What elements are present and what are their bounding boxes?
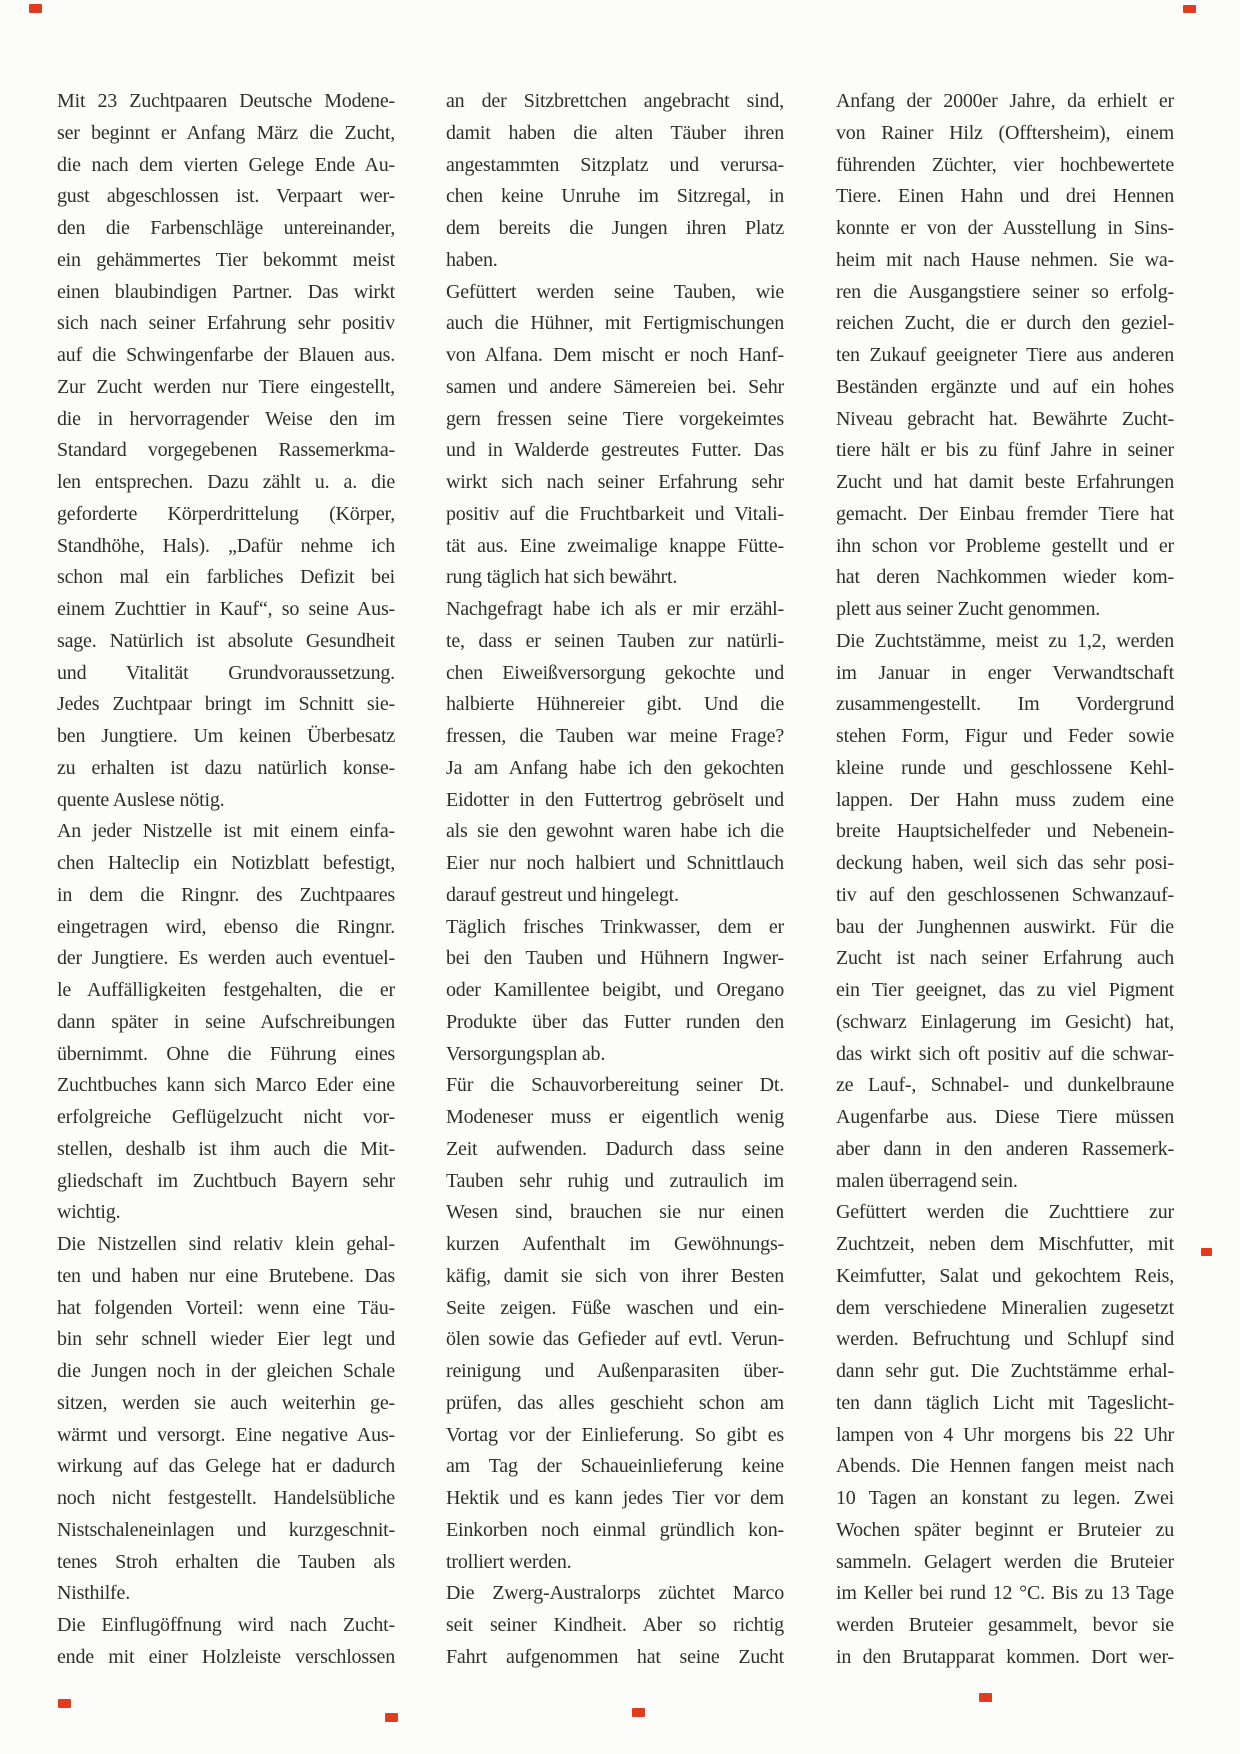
text-line: als sie den gewohnt waren habe ich die — [446, 816, 784, 848]
text-line: positiv auf die Fruchtbarkeit und Vitali… — [446, 499, 784, 531]
text-line: kleine runde und geschlossene Kehl- — [836, 753, 1174, 785]
text-line: breite Hauptsichelfeder und Nebenein- — [836, 816, 1174, 848]
text-line: ten dann täglich Licht mit Tageslicht- — [836, 1388, 1174, 1420]
text-line: das wirkt sich oft positiv auf die schwa… — [836, 1039, 1174, 1071]
text-line: gemacht. Der Einbau fremder Tiere hat — [836, 499, 1174, 531]
text-line: Gefüttert werden die Zuchttiere zur — [836, 1197, 1174, 1229]
text-line: an der Sitzbrettchen angebracht sind, — [446, 86, 784, 118]
text-line: Nachgefragt habe ich als er mir erzähl- — [446, 594, 784, 626]
text-line: Einkorben noch einmal gründlich kon- — [446, 1515, 784, 1547]
text-line: Jedes Zuchtpaar bringt im Schnitt sie- — [57, 689, 395, 721]
scan-mark — [29, 4, 42, 13]
text-line: ren die Ausgangstiere seiner so erfolg- — [836, 277, 1174, 309]
text-line: Produkte über das Futter runden den — [446, 1007, 784, 1039]
text-line: ze Lauf-, Schnabel- und dunkelbraune — [836, 1070, 1174, 1102]
text-line: bei den Tauben und Hühnern Ingwer- — [446, 943, 784, 975]
text-line: Tiere. Einen Hahn und drei Hennen — [836, 181, 1174, 213]
text-line: gust abgeschlossen ist. Verpaart wer- — [57, 181, 395, 213]
text-line: Täglich frisches Trinkwasser, dem er — [446, 912, 784, 944]
text-line: Zeit aufwenden. Dadurch dass seine — [446, 1134, 784, 1166]
text-line: Die Zwerg-Australorps züchtet Marco — [446, 1578, 784, 1610]
text-line: stellen, deshalb ist ihm auch die Mit- — [57, 1134, 395, 1166]
text-line: wirkt sich nach seiner Erfahrung sehr — [446, 467, 784, 499]
text-line: und in Walderde gestreutes Futter. Das — [446, 435, 784, 467]
text-line: trolliert werden. — [446, 1547, 784, 1579]
text-line: fressen, die Tauben war meine Frage? — [446, 721, 784, 753]
text-line: und Vitalität Grundvoraussetzung. — [57, 658, 395, 690]
text-line: bau der Junghennen auswirkt. Für die — [836, 912, 1174, 944]
article-column-2: an der Sitzbrettchen angebracht sind,dam… — [446, 86, 784, 1674]
text-line: malen überragend sein. — [836, 1166, 1174, 1198]
text-line: Die Zuchtstämme, meist zu 1,2, werden — [836, 626, 1174, 658]
text-line: tenes Stroh erhalten die Tauben als — [57, 1547, 395, 1579]
text-line: 10 Tagen an konstant zu legen. Zwei — [836, 1483, 1174, 1515]
text-line: Eier nur noch halbiert und Schnittlauch — [446, 848, 784, 880]
text-line: Augenfarbe aus. Diese Tiere müssen — [836, 1102, 1174, 1134]
text-line: ein Tier geeignet, das zu viel Pigment — [836, 975, 1174, 1007]
text-line: stehen Form, Figur und Feder sowie — [836, 721, 1174, 753]
text-line: die nach dem vierten Gelege Ende Au- — [57, 150, 395, 182]
text-line: Fahrt aufgenommen hat seine Zucht — [446, 1642, 784, 1674]
scan-mark — [385, 1713, 398, 1722]
text-line: Gefüttert werden seine Tauben, wie — [446, 277, 784, 309]
text-line: aber dann in den anderen Rassemerk- — [836, 1134, 1174, 1166]
text-line: den die Farbenschläge untereinander, — [57, 213, 395, 245]
text-line: Wesen sind, brauchen sie nur einen — [446, 1197, 784, 1229]
scan-mark — [1201, 1248, 1212, 1256]
text-line: sage. Natürlich ist absolute Gesundheit — [57, 626, 395, 658]
text-line: Modeneser muss er eigentlich wenig — [446, 1102, 784, 1134]
text-line: tiere hält er bis zu fünf Jahre in seine… — [836, 435, 1174, 467]
scan-mark — [979, 1693, 992, 1702]
scan-mark — [58, 1699, 71, 1708]
text-line: dem verschiedene Mineralien zugesetzt — [836, 1293, 1174, 1325]
text-line: Wochen später beginnt er Bruteier zu — [836, 1515, 1174, 1547]
text-line: ende mit einer Holzleiste verschlossen — [57, 1642, 395, 1674]
text-line: Standard vorgegebenen Rassemerkma- — [57, 435, 395, 467]
text-line: käfig, damit sie sich von ihrer Besten — [446, 1261, 784, 1293]
text-line: te, dass er seinen Tauben zur natürli- — [446, 626, 784, 658]
text-line: Nistschaleneinlagen und kurzgeschnit- — [57, 1515, 395, 1547]
text-line: Für die Schauvorbereitung seiner Dt. — [446, 1070, 784, 1102]
text-line: von Rainer Hilz (Offtersheim), einem — [836, 118, 1174, 150]
text-line: reichen Zucht, die er durch den geziel- — [836, 308, 1174, 340]
text-line: einem Zuchttier in Kauf“, so seine Aus- — [57, 594, 395, 626]
text-line: angestammten Sitzplatz und verursa- — [446, 150, 784, 182]
text-line: oder Kamillentee beigibt, und Oregano — [446, 975, 784, 1007]
text-line: hat folgenden Vorteil: wenn eine Täu- — [57, 1293, 395, 1325]
text-line: chen keine Unruhe im Sitzregal, in — [446, 181, 784, 213]
text-line: im Januar in enger Verwandtschaft — [836, 658, 1174, 690]
text-line: reinigung und Außenparasiten über- — [446, 1356, 784, 1388]
text-line: Ja am Anfang habe ich den gekochten — [446, 753, 784, 785]
text-line: in den Brutapparat kommen. Dort wer- — [836, 1642, 1174, 1674]
text-line: ten und haben nur eine Brutebene. Das — [57, 1261, 395, 1293]
magazine-page: Mit 23 Zuchtpaaren Deutsche Modene-ser b… — [0, 0, 1240, 1754]
text-line: zusammengestellt. Im Vordergrund — [836, 689, 1174, 721]
text-line: wichtig. — [57, 1197, 395, 1229]
text-line: haben. — [446, 245, 784, 277]
text-line: Die Einflugöffnung wird nach Zucht- — [57, 1610, 395, 1642]
text-line: ein gehämmertes Tier bekommt meist — [57, 245, 395, 277]
text-line: kurzen Aufenthalt im Gewöhnungs- — [446, 1229, 784, 1261]
article-column-1: Mit 23 Zuchtpaaren Deutsche Modene-ser b… — [57, 86, 395, 1674]
text-line: am Tag der Schaueinlieferung keine — [446, 1451, 784, 1483]
text-line: schon mal ein farbliches Defizit bei — [57, 562, 395, 594]
text-line: lappen. Der Hahn muss zudem eine — [836, 785, 1174, 817]
text-line: lampen von 4 Uhr morgens bis 22 Uhr — [836, 1420, 1174, 1452]
text-line: wärmt und versorgt. Eine negative Aus- — [57, 1420, 395, 1452]
text-line: im Keller bei rund 12 °C. Bis zu 13 Tage — [836, 1578, 1174, 1610]
text-line: Anfang der 2000er Jahre, da erhielt er — [836, 86, 1174, 118]
text-line: werden. Befruchtung und Schlupf sind — [836, 1324, 1174, 1356]
text-line: tiv auf den geschlossenen Schwanzauf- — [836, 880, 1174, 912]
text-line: halbierte Hühnereier gibt. Und die — [446, 689, 784, 721]
text-line: (schwarz Einlagerung im Gesicht) hat, — [836, 1007, 1174, 1039]
text-line: ser beginnt er Anfang März die Zucht, — [57, 118, 395, 150]
text-line: Eidotter in den Futtertrog gebröselt und — [446, 785, 784, 817]
text-line: noch nicht festgestellt. Handelsübliche — [57, 1483, 395, 1515]
text-line: chen Halteclip ein Notizblatt befestigt, — [57, 848, 395, 880]
text-line: damit haben die alten Täuber ihren — [446, 118, 784, 150]
text-line: ten Zukauf geeigneter Tiere aus anderen — [836, 340, 1174, 372]
text-line: Abends. Die Hennen fangen meist nach — [836, 1451, 1174, 1483]
text-line: len entsprechen. Dazu zählt u. a. die — [57, 467, 395, 499]
text-line: sammeln. Gelagert werden die Bruteier — [836, 1547, 1174, 1579]
text-line: Tauben sehr ruhig und zutraulich im — [446, 1166, 784, 1198]
text-line: dem bereits die Jungen ihren Platz — [446, 213, 784, 245]
text-line: Nisthilfe. — [57, 1578, 395, 1610]
text-line: quente Auslese nötig. — [57, 785, 395, 817]
text-line: le Auffälligkeiten festgehalten, die er — [57, 975, 395, 1007]
scan-mark — [632, 1708, 645, 1717]
text-line: auch die Hühner, mit Fertigmischungen — [446, 308, 784, 340]
text-line: An jeder Nistzelle ist mit einem einfa- — [57, 816, 395, 848]
text-line: gliedschaft im Zuchtbuch Bayern sehr — [57, 1166, 395, 1198]
text-line: heim mit nach Hause nehmen. Sie wa- — [836, 245, 1174, 277]
text-line: auf die Schwingenfarbe der Blauen aus. — [57, 340, 395, 372]
text-line: in dem die Ringnr. des Zuchtpaares — [57, 880, 395, 912]
text-line: ihn schon vor Probleme gestellt und er — [836, 531, 1174, 563]
text-line: Zur Zucht werden nur Tiere eingestellt, — [57, 372, 395, 404]
text-line: dann später in seine Aufschreibungen — [57, 1007, 395, 1039]
text-line: bin sehr schnell wieder Eier legt und — [57, 1324, 395, 1356]
text-line: Beständen ergänzte und auf ein hohes — [836, 372, 1174, 404]
text-line: rung täglich hat sich bewährt. — [446, 562, 784, 594]
text-line: chen Eiweißversorgung gekochte und — [446, 658, 784, 690]
text-line: führenden Züchter, vier hochbewertete — [836, 150, 1174, 182]
text-line: wirkung auf das Gelege hat er dadurch — [57, 1451, 395, 1483]
text-line: hat deren Nachkommen wieder kom- — [836, 562, 1174, 594]
text-line: Seite zeigen. Füße waschen und ein- — [446, 1293, 784, 1325]
text-line: deckung haben, weil sich das sehr posi- — [836, 848, 1174, 880]
text-line: konnte er von der Ausstellung in Sins- — [836, 213, 1174, 245]
text-line: sich nach seiner Erfahrung sehr positiv — [57, 308, 395, 340]
text-line: samen und andere Sämereien bei. Sehr — [446, 372, 784, 404]
text-line: Standhöhe, Hals). „Dafür nehme ich — [57, 531, 395, 563]
text-line: werden Bruteier gesammelt, bevor sie — [836, 1610, 1174, 1642]
text-line: übernimmt. Ohne die Führung eines — [57, 1039, 395, 1071]
text-line: Versorgungsplan ab. — [446, 1039, 784, 1071]
text-line: Hektik und es kann jedes Tier vor dem — [446, 1483, 784, 1515]
text-line: Keimfutter, Salat und gekochtem Reis, — [836, 1261, 1174, 1293]
text-line: Zuchtbuches kann sich Marco Eder eine — [57, 1070, 395, 1102]
text-line: geforderte Körperdrittelung (Körper, — [57, 499, 395, 531]
text-line: Mit 23 Zuchtpaaren Deutsche Modene- — [57, 86, 395, 118]
text-line: plett aus seiner Zucht genommen. — [836, 594, 1174, 626]
text-line: Vortag vor der Einlieferung. So gibt es — [446, 1420, 784, 1452]
article-column-3: Anfang der 2000er Jahre, da erhielt ervo… — [836, 86, 1174, 1674]
text-line: eingetragen wird, ebenso die Ringnr. — [57, 912, 395, 944]
scan-mark — [1183, 5, 1196, 13]
text-line: Die Nistzellen sind relativ klein gehal- — [57, 1229, 395, 1261]
text-line: einen blaubindigen Partner. Das wirkt — [57, 277, 395, 309]
text-line: zu erhalten ist dazu natürlich konse- — [57, 753, 395, 785]
text-line: Zucht ist nach seiner Erfahrung auch — [836, 943, 1174, 975]
text-line: Zuchtzeit, neben dem Mischfutter, mit — [836, 1229, 1174, 1261]
text-line: tät aus. Eine zweimalige knappe Fütte- — [446, 531, 784, 563]
text-line: Niveau gebracht hat. Bewährte Zucht- — [836, 404, 1174, 436]
text-line: gern fressen seine Tiere vorgekeimtes — [446, 404, 784, 436]
text-line: darauf gestreut und hingelegt. — [446, 880, 784, 912]
text-line: sitzen, werden sie auch weiterhin ge- — [57, 1388, 395, 1420]
text-line: ölen sowie das Gefieder auf evtl. Verun- — [446, 1324, 784, 1356]
text-line: Zucht und hat damit beste Erfahrungen — [836, 467, 1174, 499]
text-line: der Jungtiere. Es werden auch eventuel- — [57, 943, 395, 975]
text-line: dann sehr gut. Die Zuchtstämme erhal- — [836, 1356, 1174, 1388]
text-line: die in hervorragender Weise den im — [57, 404, 395, 436]
text-line: von Alfana. Dem mischt er noch Hanf- — [446, 340, 784, 372]
text-line: die Jungen noch in der gleichen Schale — [57, 1356, 395, 1388]
text-line: ben Jungtiere. Um keinen Überbesatz — [57, 721, 395, 753]
text-line: erfolgreiche Geflügelzucht nicht vor- — [57, 1102, 395, 1134]
text-line: seit seiner Kindheit. Aber so richtig — [446, 1610, 784, 1642]
text-line: prüfen, das alles geschieht schon am — [446, 1388, 784, 1420]
